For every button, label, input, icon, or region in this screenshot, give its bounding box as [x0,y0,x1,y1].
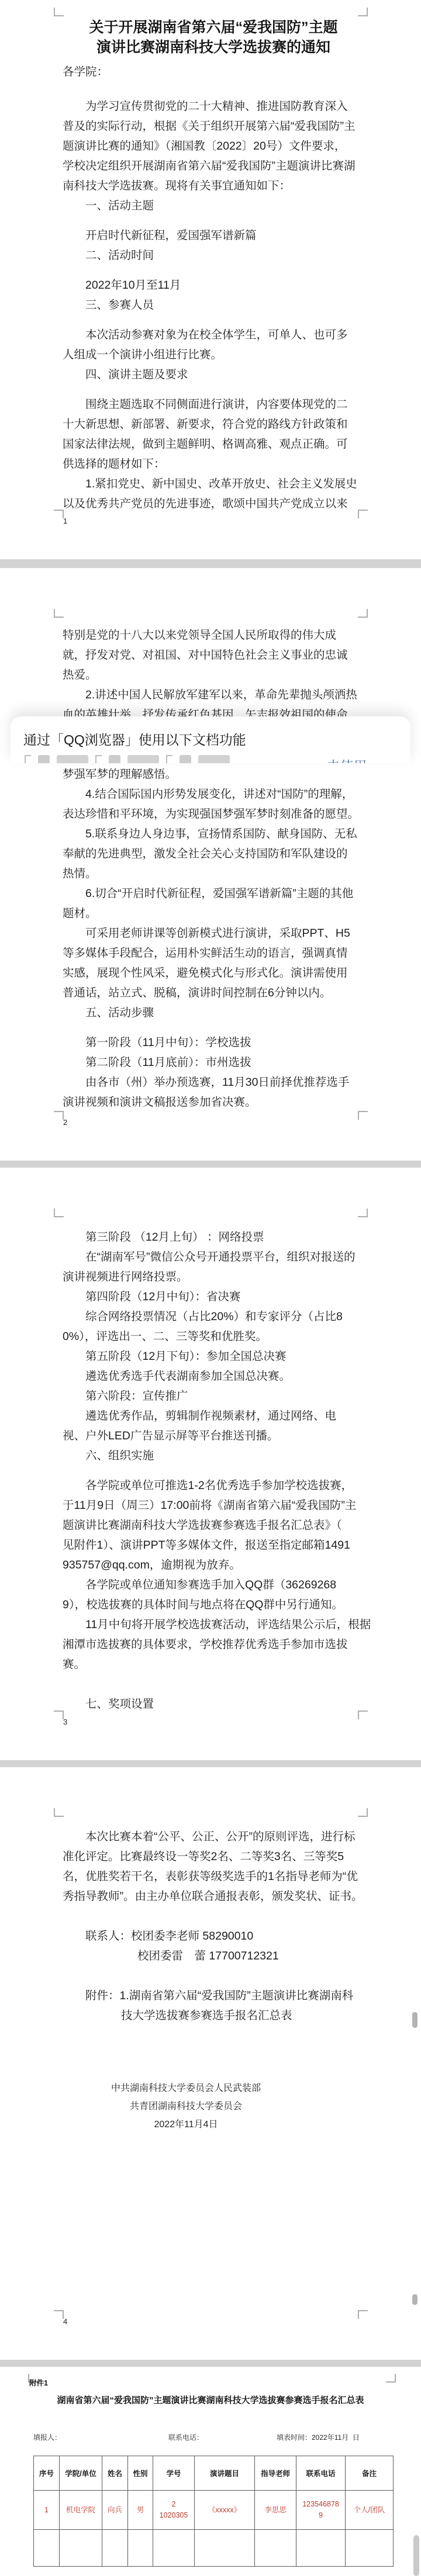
doc-line: 附件：1.湖南省第六届“爱我国防”主题演讲比赛湖南科 [63,1986,364,2006]
doc-line: 就，抒发对党、对祖国、对中国特色社会主义事业的忠诚 [63,645,364,665]
doc-line: 0%），评选出一、二、三等奖和优胜奖。 [63,1327,364,1346]
table-cell [153,2530,195,2567]
table-cell: 向兵 [102,2491,128,2530]
table-header-cell: 演讲题目 [195,2456,255,2491]
doc-line: 综合网络投票情况（占比20%）和专家评分（占比8 [63,1307,364,1327]
attachment-label: 附件1 [29,2377,48,2388]
doc-line: 围绕主题选取不同侧面进行演讲，内容要体现党的二 [63,394,364,414]
scrollbar-thumb[interactable] [413,2535,419,2576]
doc-line: 供选择的题材如下： [63,454,364,474]
table-cell [195,2530,255,2567]
doc-line: 四、演讲主题及要求 [63,365,364,385]
table-cell [128,2530,153,2567]
chevron-right-icon: › [371,757,377,763]
table-cell [60,2530,102,2567]
doc-line: 见附件1）、演讲PPT等多媒体文件，报送至指定邮箱1491 [63,1535,364,1555]
registration-table: 序号学院/单位姓名性别学号演讲题目指导老师联系电话备注1机电学院向兵男21020… [33,2456,394,2567]
table-cell: 机电学院 [60,2491,102,2530]
doc-line: 等多媒体手段配合，运用朴实鲜活生动的语言，强调真情 [63,943,364,963]
doc-line: 4.结合国际国内形势发展变化，讲述对“国防”的理解， [63,784,364,804]
doc-line: 2022年10月至11月 [63,275,364,295]
table-cell: 个人/团队 [346,2491,394,2530]
table-header-cell: 性别 [128,2456,153,2491]
doc-line: 热情。 [63,864,364,884]
text-boundary-mark [358,1111,368,1120]
doc-line: 1.紧扣党史、新中国史、改革开放史、社会主义发展史 [63,474,364,494]
doc-line [63,1966,364,1986]
document-viewer: 关于开展湖南省第六届“爱我国防”主题演讲比赛湖南科技大学选拔赛的通知各学院：为学… [0,0,421,2576]
doc-line: 第一阶段（11月中旬）：学校选拔 [63,1033,364,1052]
doc-line: 联系人：校团委李老师 58290010 [63,1926,364,1946]
doc-line: 中共湖南科技大学委员会人民武装部 [63,2079,309,2097]
page-gap-divider [0,2360,421,2367]
date-label: 填表时间：2022年11月 日 [277,2432,360,2442]
doc-line: 十大新思想、新部署、新要求，符合党的路线方针政策和 [63,414,364,434]
text-boundary-mark [358,2310,368,2319]
page-number: 3 [63,1718,67,1726]
table-row: 1机电学院向兵男21020305《xxxxx》李思思1235468789个人/团… [34,2491,394,2530]
banner-feature-icons-clipped [25,755,282,763]
phone-label: 联系电话： [168,2432,203,2442]
table-cell: 《xxxxx》 [195,2491,255,2530]
page-number: 1 [63,517,67,525]
doc-line: 第六阶段：宣传推广 [63,1386,364,1406]
table-cell [34,2530,60,2567]
table-cell: 1235468789 [296,2491,346,2530]
doc-line: 各学院： [63,62,364,82]
doc-line: 热爱。 [63,665,364,685]
bracket-icon [166,755,172,763]
feature-text-fragment [198,755,230,763]
text-boundary-mark [386,2374,396,2383]
table-cell: 21020305 [153,2491,195,2530]
doc-line: 七、奖项设置 [63,1694,364,1714]
doc-line: 本次活动参赛对象为在校全体学生，可单人、也可多 [63,325,364,345]
feature-text-fragment [127,755,159,763]
doc-line: 特别是党的十八大以来党领导全国人民所取得的伟大成 [63,625,364,645]
scrollbar-thumb[interactable] [412,2294,417,2305]
scrollbar-thumb[interactable] [412,2012,417,2028]
doc-line: 准化评定。比赛最终设一等奖2名、二等奖3名、三等奖5 [63,1847,364,1867]
table-cell [346,2530,394,2567]
doc-line: 一、活动主题 [63,196,364,216]
doc-line: 演讲比赛湖南科技大学选拔赛的通知 [63,37,364,57]
table-cell: 李思思 [255,2491,296,2530]
doc-page-3: 第三阶段 （12月上旬） ：网络投票在“湖南军号”微信公众号开通投票平台，组织对… [0,1168,421,1760]
table-row [34,2530,394,2567]
table-header-cell: 指导老师 [255,2456,296,2491]
doc-line: 可采用老师讲课等创新模式进行演讲，采取PPT、H5 [63,923,364,943]
doc-line: 六、组织实施 [63,1446,364,1466]
doc-line [63,2026,364,2079]
table-cell: 男 [128,2491,153,2530]
doc-line: 935757@qq.com，逾期视为放弃。 [63,1555,364,1575]
doc-line: 题材。 [63,903,364,923]
doc-page-4: 本次比赛本着“公平、公正、公开”的原则评选，进行标准化评定。比赛最终设一等奖2名… [0,1767,421,2360]
doc-line: 秀指导教师”。由主办单位联合通报表彰，颁发奖状、证书。 [63,1886,364,1906]
qq-browser-banner: 通过「QQ浏览器」使用以下文档功能 去使用› [11,716,410,763]
doc-line: 9），校选拔赛的具体时间与地点将在QQ群中另行通知。 [63,1595,364,1615]
doc-line: 赛。 [63,1654,364,1674]
feature-icon [109,755,120,763]
banner-action-label: 去使用 [326,759,367,763]
doc-line: 学校决定组织开展湖南省第六届“爱我国防”主题演讲比赛湖 [63,156,364,176]
page-number: 2 [63,1118,67,1127]
doc-line: 6.切合“开启时代新征程，爱国强军谱新篇”主题的其他 [63,884,364,903]
doc-line: 于11月9日（周三）17:00前将《湖南省第六届“爱我国防”主 [63,1495,364,1515]
doc-line: 11月中旬将开展学校选拔赛活动，评选结果公示后，根据 [63,1615,364,1635]
doc-line: 视、户外LED广告显示屏等平台推送刊播。 [63,1426,364,1446]
doc-line: 遴选优秀作品，剪辑制作视频素材，通过网络、电 [63,1406,364,1426]
doc-line: 第四阶段（12月中旬）：省决赛 [63,1287,364,1307]
page-gap-divider [0,1161,421,1168]
doc-line: 普及的实际行动，根据《关于组织开展第六届“爱我国防”主 [63,116,364,136]
doc-line: 题演讲比赛的通知》（湘国教〔2022〕20号）文件要求， [63,136,364,156]
doc-line: 5.联系身边人身边事，宣扬情系国防、献身国防、无私 [63,824,364,844]
table-header-cell: 学院/单位 [60,2456,102,2491]
doc-line: 本次比赛本着“公平、公正、公开”的原则评选，进行标 [63,1827,364,1847]
doc-line: 各学院或单位通知参赛选手加入QQ群（36269268 [63,1575,364,1595]
doc-line: 演讲视频和演讲文稿报送参加省决赛。 [63,1092,364,1112]
page-gap-divider [0,1760,421,1767]
doc-line: 各学院或单位可推选1-2名优秀选手参加学校选拔赛， [63,1476,364,1495]
table-cell [255,2530,296,2567]
filler-label: 填报人： [33,2432,61,2442]
table-header-cell: 备注 [346,2456,394,2491]
doc-line: 人组成一个演讲小组进行比赛。 [63,345,364,365]
table-header-cell: 联系电话 [296,2456,346,2491]
doc-line: 奉献的先进典型，激发全社会关心支持国防和军队建设的 [63,844,364,864]
doc-line [63,1674,364,1694]
doc-line: 南科技大学选拔赛。现将有关事宜通知如下： [63,176,364,196]
feature-text-fragment [57,755,88,763]
text-boundary-mark [54,2310,64,2319]
doc-line: 国家法律法规，做到主题鲜明、格调高雅、观点正确。可 [63,434,364,454]
feature-icon [38,755,50,763]
feature-icon [180,755,191,763]
doc-line: 以及优秀共产党员的先进事迹，歌颂中国共产党成立以来 [63,494,364,514]
page-gap-divider [0,559,421,568]
doc-page-2: 特别是党的十八大以来党领导全国人民所取得的伟大成就，抒发对党、对祖国、对中国特色… [0,568,421,1161]
table-cell: 1 [34,2491,60,2530]
banner-title: 通过「QQ浏览器」使用以下文档功能 [23,729,246,749]
doc-line: 为学习宣传贯彻党的二十大精神、推进国防教育深入 [63,96,364,116]
doc-line: 技大学选拔赛参赛选手报名汇总表 [63,2006,364,2026]
doc-line: 校团委雷 蕾 17700712321 [63,1946,364,1966]
doc-page-1: 关于开展湖南省第六届“爱我国防”主题演讲比赛湖南科技大学选拔赛的通知各学院：为学… [0,0,421,559]
banner-action-button[interactable]: 去使用› [304,740,377,763]
doc-line: 题演讲比赛湖南科技大学选拔赛参赛选手报名汇总表》（ [63,1515,364,1535]
doc-line: 演讲视频进行网络投票。 [63,1267,364,1287]
doc-line: 共青团湖南科技大学委员会 [63,2097,309,2115]
doc-line: 开启时代新征程，爱国强军谱新篇 [63,226,364,245]
doc-line [63,1906,364,1926]
table-cell [102,2530,128,2567]
doc-line: 第二阶段（11月底前）：市州选拔 [63,1052,364,1072]
doc-page-5-attachment: 附件1 湖南省第六届“爱我国防”主题演讲比赛湖南科技大学选拔赛参赛选手报名汇总表… [0,2367,421,2576]
doc-line: 二、活动时间 [63,245,364,265]
page-number: 4 [63,2317,67,2326]
doc-line: 湘潭市选拔赛的具体要求，学校推荐优秀选手参加市选拔 [63,1635,364,1654]
doc-line: 名，优胜奖若干名，表彰获等级奖选手的1名指导老师为“优 [63,1867,364,1886]
doc-line: 2022年11月4日 [63,2115,309,2134]
table-cell [296,2530,346,2567]
doc-line: 实感，展现个性风采，避免模式化与形式化。演讲需使用 [63,963,364,983]
doc-line: 表达珍惜和平环境，为实现强国梦强军梦时刻准备的愿望。 [63,804,364,824]
text-boundary-mark [54,1111,64,1120]
table-header-cell: 姓名 [102,2456,128,2491]
bracket-icon [25,755,31,763]
doc-line: 第五阶段（12月下旬）：参加全国总决赛 [63,1346,364,1366]
doc-line: 三、参赛人员 [63,295,364,315]
doc-line: 由各市（州）举办预选赛，11月30日前择优推荐选手 [63,1072,364,1092]
table-header-cell: 学号 [153,2456,195,2491]
doc-line: 2.讲述中国人民解放军建军以来，革命先辈抛头颅洒热 [63,685,364,705]
doc-line: 第三阶段 （12月上旬） ：网络投票 [63,1227,364,1247]
table-header-cell: 序号 [34,2456,60,2491]
bracket-icon [95,755,102,763]
doc-line: 梦强军梦的理解感悟。 [63,764,364,784]
doc-line: 关于开展湖南省第六届“爱我国防”主题 [63,18,364,37]
doc-line: 在“湖南军号”微信公众号开通投票平台，组织对报送的 [63,1247,364,1267]
doc-line: 五、活动步骤 [63,1003,364,1023]
doc-line: 遴选优秀选手代表湖南参加全国总决赛。 [63,1366,364,1386]
doc-line: 普通话，站立式、脱稿，演讲时间控制在6分钟以内。 [63,983,364,1003]
attachment-title: 湖南省第六届“爱我国防”主题演讲比赛湖南科技大学选拔赛参赛选手报名汇总表 [0,2394,421,2406]
